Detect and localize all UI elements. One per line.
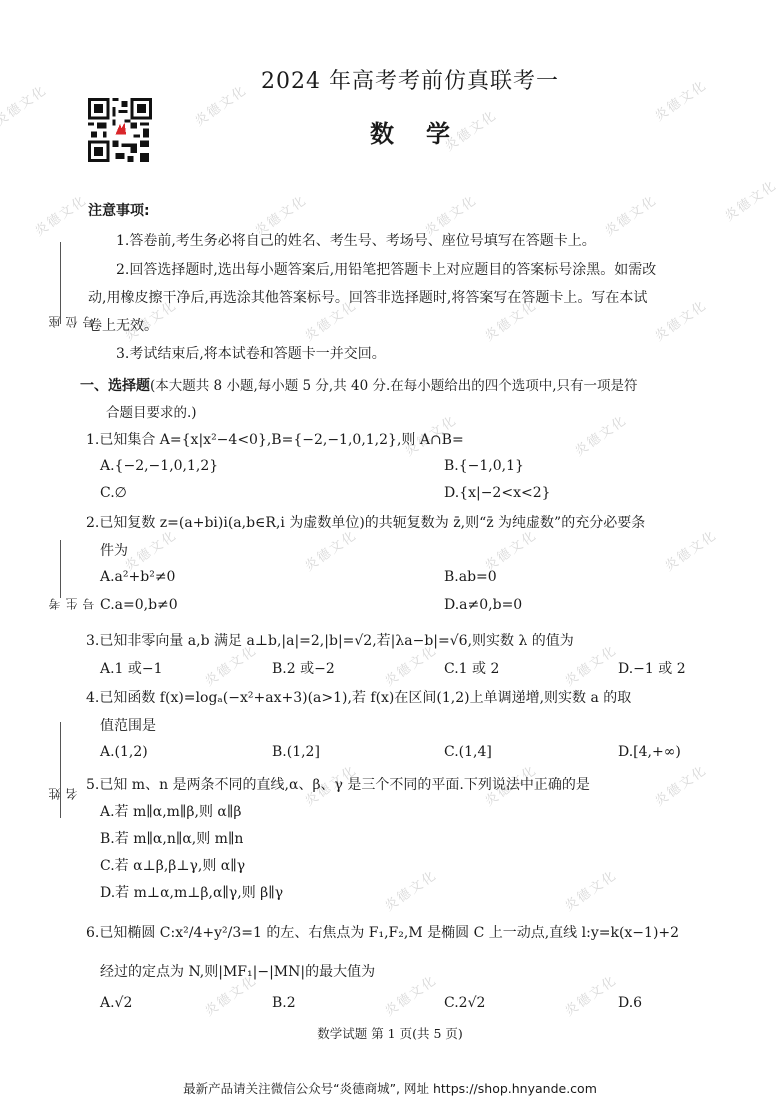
option-a[interactable]: A.a²+b²≠0	[100, 569, 175, 585]
page-footer: 数学试题 第 1 页(共 5 页)	[0, 1024, 780, 1042]
watermark: 炎德文化	[380, 865, 440, 915]
option-b[interactable]: B.{−1,0,1}	[444, 458, 524, 474]
option-d[interactable]: D.a≠0,b=0	[444, 597, 522, 613]
note-item: 2.回答选择题时,选出每小题答案后,用铅笔把答题卡上对应题目的答案标号涂黑。如需…	[88, 259, 656, 279]
watermark: 炎德文化	[600, 190, 660, 240]
question-stem: 6.已知椭圆 C:x²/4+y²/3=1 的左、右焦点为 F₁,F₂,M 是椭圆…	[86, 922, 679, 942]
note-item: 1.答卷前,考生务必将自己的姓名、考生号、考场号、座位号填写在答题卡上。	[88, 230, 596, 250]
option-b[interactable]: B.(1,2]	[272, 744, 320, 760]
exam-number-label: 考生号	[46, 598, 97, 610]
option-d[interactable]: D.{x|−2<x<2}	[444, 485, 551, 501]
exam-number-line	[60, 540, 61, 598]
notes-title: 注意事项:	[88, 200, 150, 220]
watermark: 炎德文化	[120, 525, 180, 575]
option-a[interactable]: A.若 m∥α,m∥β,则 α∥β	[100, 801, 241, 821]
question-stem: 2.已知复数 z=(a+bi)i(a,b∈R,i 为虚数单位)的共轭复数为 z̄…	[86, 512, 645, 532]
watermark: 炎德文化	[560, 970, 620, 1020]
note-item: 卷上无效。	[88, 315, 158, 335]
option-a[interactable]: A.(1,2)	[100, 744, 148, 760]
question-stem-cont: 经过的定点为 N,则|MF₁|−|MN|的最大值为	[100, 961, 375, 981]
watermark: 炎德文化	[300, 525, 360, 575]
question-stem: 1.已知集合 A={x|x²−4<0},B={−2,−1,0,1,2},则 A∩…	[86, 429, 464, 449]
watermark: 炎德文化	[380, 970, 440, 1020]
option-c[interactable]: C.2√2	[444, 995, 485, 1011]
section-desc-cont: 合题目要求的.)	[106, 401, 197, 421]
name-line	[60, 722, 61, 818]
promo-banner[interactable]: 最新产品请关注微信公众号“炎德商城”, 网址 https://shop.hnya…	[0, 1079, 780, 1097]
question-stem-cont: 值范围是	[100, 715, 156, 735]
option-d[interactable]: D.若 m⊥α,m⊥β,α∥γ,则 β∥γ	[100, 882, 283, 902]
section-heading: 一、选择题(本大题共 8 小题,每小题 5 分,共 40 分.在每小题给出的四个…	[80, 374, 638, 395]
watermark: 炎德文化	[650, 760, 710, 810]
section-desc: (本大题共 8 小题,每小题 5 分,共 40 分.在每小题给出的四个选项中,只…	[150, 378, 638, 394]
qr-code-icon[interactable]	[88, 98, 152, 162]
watermark: 炎德文化	[570, 410, 630, 460]
option-b[interactable]: B.若 m∥α,n∥α,则 m∥n	[100, 828, 243, 848]
option-b[interactable]: B.2	[272, 995, 296, 1011]
question-stem: 5.已知 m、n 是两条不同的直线,α、β、γ 是三个不同的平面.下列说法中正确…	[86, 774, 590, 794]
subject-char: 学	[426, 114, 450, 149]
note-item: 3.考试结束后,将本试卷和答题卡一并交回。	[88, 343, 386, 363]
option-a[interactable]: A.{−2,−1,0,1,2}	[100, 458, 218, 474]
question-stem-cont: 件为	[100, 540, 128, 560]
watermark: 炎德文化	[660, 525, 720, 575]
option-c[interactable]: C.若 α⊥β,β⊥γ,则 α∥γ	[100, 855, 245, 875]
question-stem: 3.已知非零向量 a,b 满足 a⊥b,|a|=2,|b|=√2,若|λa−b|…	[86, 630, 574, 650]
seat-line	[60, 242, 61, 324]
watermark: 炎德文化	[720, 175, 780, 225]
option-d[interactable]: D.−1 或 2	[618, 658, 686, 678]
watermark: 炎德文化	[480, 525, 540, 575]
option-a[interactable]: A.√2	[100, 995, 132, 1011]
option-b[interactable]: B.ab=0	[444, 569, 497, 585]
watermark: 炎德文化	[560, 865, 620, 915]
exam-title: 2024 年高考考前仿真联考一	[0, 64, 780, 95]
section-title: 一、选择题	[80, 378, 150, 394]
option-c[interactable]: C.∅	[100, 485, 127, 501]
option-c[interactable]: C.a=0,b≠0	[100, 597, 178, 613]
name-label: 姓名	[46, 788, 80, 800]
option-c[interactable]: C.(1,4]	[444, 744, 492, 760]
subject-char: 数	[370, 114, 394, 149]
option-c[interactable]: C.1 或 2	[444, 658, 499, 678]
option-d[interactable]: D.[4,+∞)	[618, 744, 681, 760]
watermark: 炎德文化	[30, 190, 90, 240]
note-item: 动,用橡皮擦干净后,再选涂其他答案标号。回答非选择题时,将答案写在答题卡上。写在…	[88, 287, 647, 307]
option-a[interactable]: A.1 或−1	[100, 658, 163, 678]
option-b[interactable]: B.2 或−2	[272, 658, 335, 678]
watermark: 炎德文化	[650, 295, 710, 345]
option-d[interactable]: D.6	[618, 995, 642, 1011]
question-stem: 4.已知函数 f(x)=logₐ(−x²+ax+3)(a>1),若 f(x)在区…	[86, 687, 631, 707]
